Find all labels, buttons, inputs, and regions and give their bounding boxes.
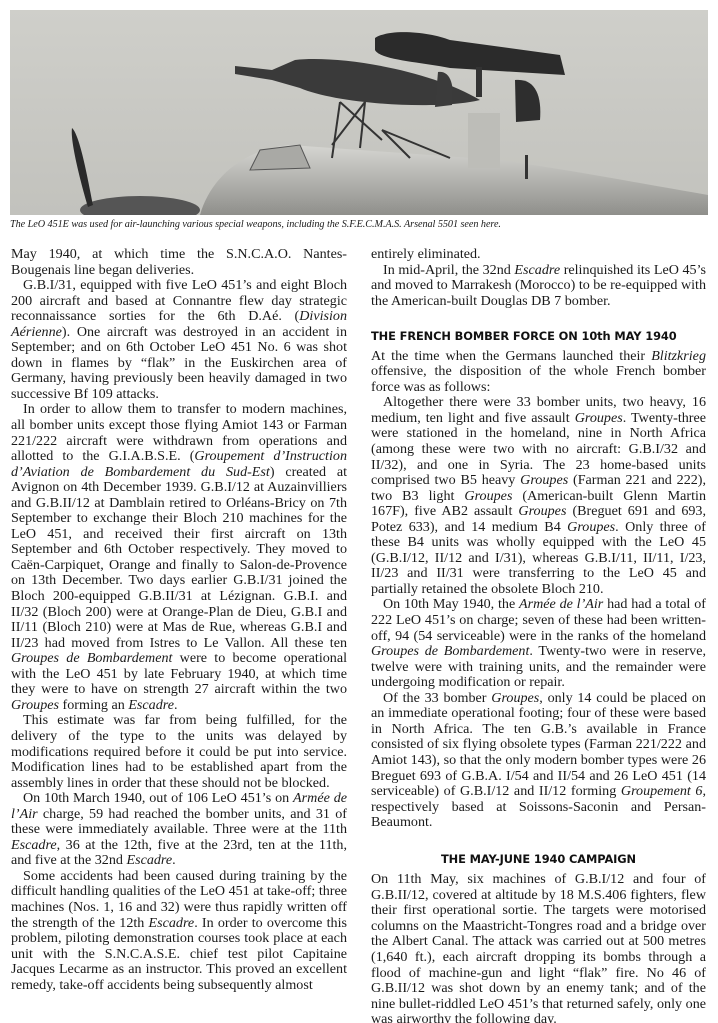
text: forming an [59, 697, 128, 713]
text: May 1940, at which time the S.N.C.A.O. N… [11, 246, 347, 278]
italic-text: Groupes [464, 488, 512, 504]
text: G.B.I/31, equipped with five LeO 451’s a… [11, 277, 347, 324]
text: , 36 at the 12th, five at the 23rd, ten … [11, 837, 347, 869]
paragraph: Of the 33 bomber Groupes, only 14 could … [371, 691, 706, 831]
figure-caption: The LeO 451E was used for air-launching … [10, 219, 708, 230]
italic-text: Escadre [149, 915, 195, 931]
right-column: entirely eliminated. In mid-April, the 3… [371, 247, 706, 1023]
text: At the time when the Germans launched th… [371, 348, 651, 364]
aircraft-photo [10, 10, 708, 215]
paragraph: entirely eliminated. [371, 247, 706, 263]
section-heading: THE MAY-JUNE 1940 CAMPAIGN [371, 852, 706, 868]
italic-text: Groupes [518, 503, 566, 519]
paragraph: In order to allow them to transfer to mo… [11, 402, 347, 713]
text: . [174, 697, 178, 713]
paragraph: On 11th May, six machines of G.B.I/12 an… [371, 872, 706, 1023]
paragraph: In mid-April, the 32nd Escadre relinquis… [371, 263, 706, 310]
italic-text: Escadre [11, 837, 57, 853]
text: On 10th May 1940, the [383, 596, 519, 612]
italic-text: Groupes [11, 697, 59, 713]
text: offensive, the disposition of the whole … [371, 363, 706, 395]
text: ) created at Avignon on 4th December 193… [11, 464, 347, 651]
text: This estimate was far from being fulfill… [11, 712, 347, 790]
italic-text: Groupes [575, 410, 623, 426]
italic-text: Groupes [491, 690, 539, 706]
paragraph: On 10th March 1940, out of 106 LeO 451’s… [11, 791, 347, 869]
italic-text: Armée de l’Air [519, 596, 603, 612]
italic-text: Groupes [520, 472, 568, 488]
photo-illustration [10, 10, 708, 215]
section-heading: THE FRENCH BOMBER FORCE ON 10th MAY 1940 [371, 329, 706, 345]
text: On 10th March 1940, out of 106 LeO 451’s… [23, 790, 293, 806]
paragraph: This estimate was far from being fulfill… [11, 713, 347, 791]
left-column: May 1940, at which time the S.N.C.A.O. N… [11, 247, 347, 993]
italic-text: Blitzkrieg [651, 348, 706, 364]
paragraph: Some accidents had been caused during tr… [11, 869, 347, 993]
italic-text: Groupes de Bombardement [371, 643, 529, 659]
text: In mid-April, the 32nd [383, 262, 514, 278]
paragraph: At the time when the Germans launched th… [371, 349, 706, 396]
italic-text: Escadre [128, 697, 174, 713]
italic-text: Groupement 6 [621, 783, 703, 799]
text: Of the 33 bomber [383, 690, 491, 706]
text: On 11th May, six machines of G.B.I/12 an… [371, 871, 706, 1023]
italic-text: Groupes de Bombardement [11, 650, 172, 666]
italic-text: Escadre [514, 262, 560, 278]
italic-text: Escadre [126, 852, 172, 868]
paragraph: Altogether there were 33 bomber units, t… [371, 395, 706, 597]
italic-text: Groupes [567, 519, 615, 535]
text: charge, 59 had reached the bomber units,… [11, 806, 347, 838]
text: . [172, 852, 176, 868]
paragraph: May 1940, at which time the S.N.C.A.O. N… [11, 247, 347, 278]
text: ). One aircraft was destroyed in an acci… [11, 324, 347, 402]
paragraph: G.B.I/31, equipped with five LeO 451’s a… [11, 278, 347, 402]
paragraph: On 10th May 1940, the Armée de l’Air had… [371, 597, 706, 690]
text: entirely eliminated. [371, 246, 481, 262]
